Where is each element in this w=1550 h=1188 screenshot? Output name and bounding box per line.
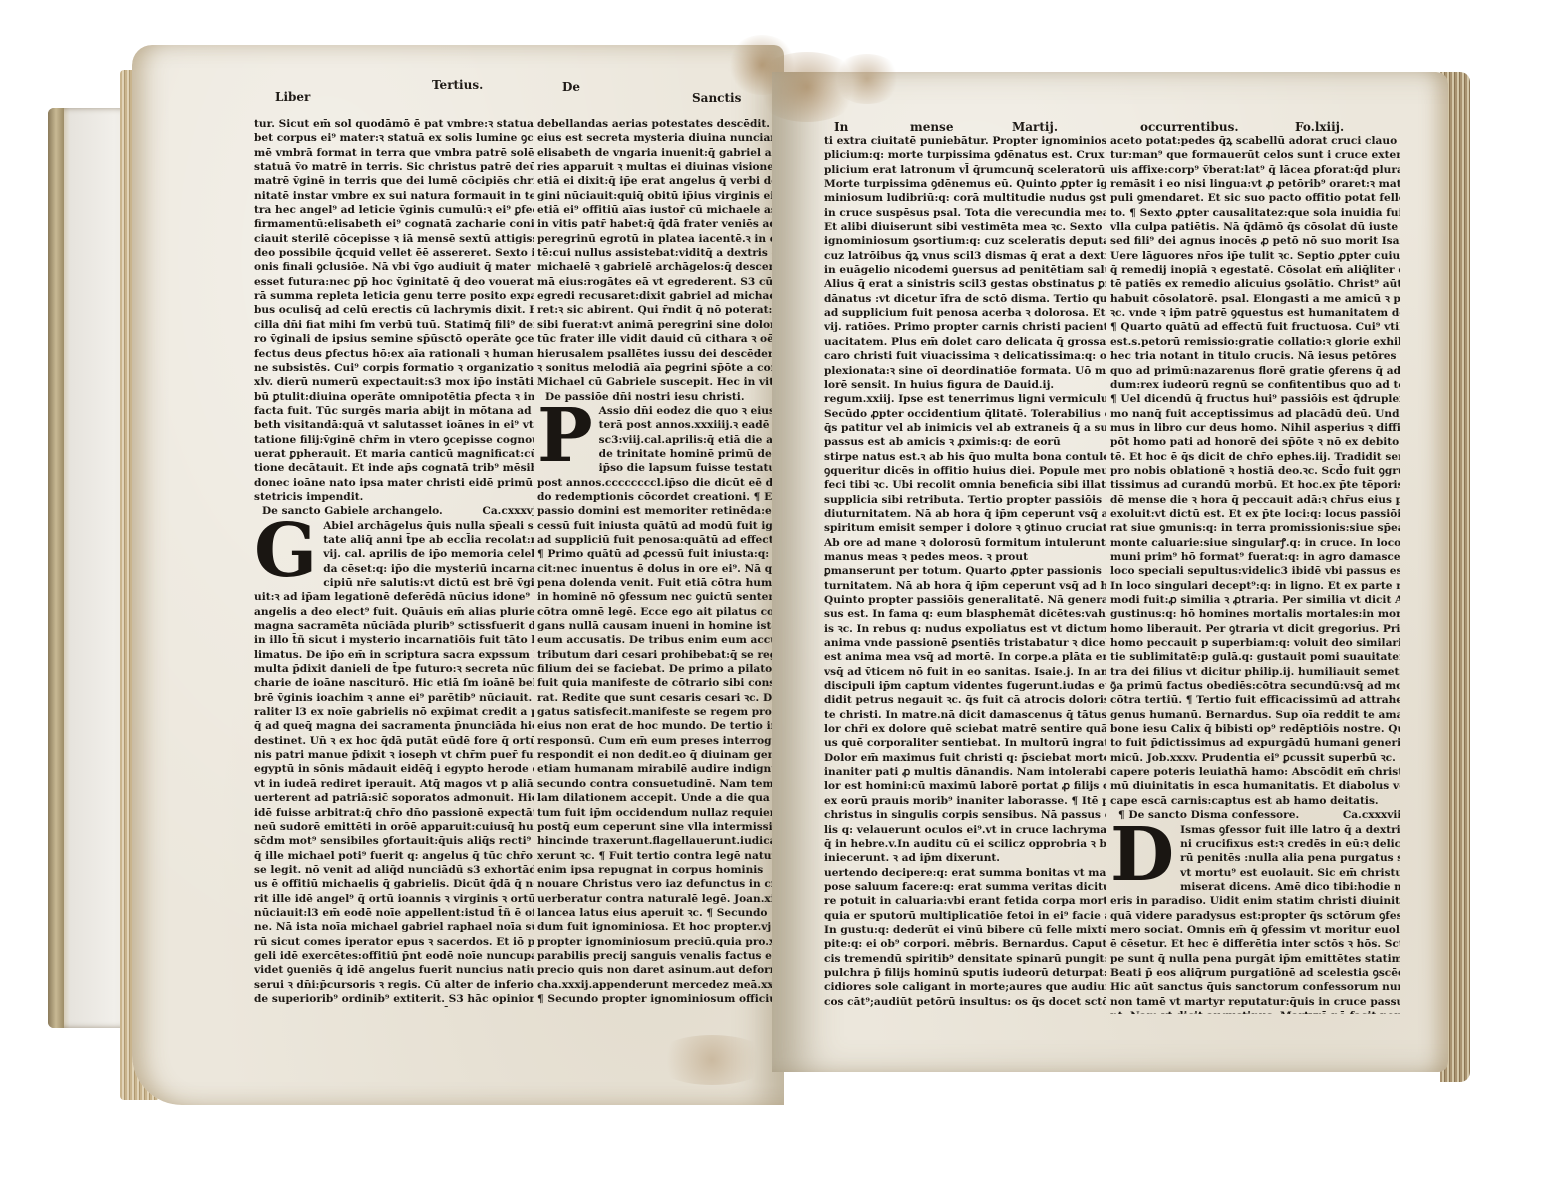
text-line: destinet. Un̄ ꝛ ex hoc q̄dā putāt eūdē f… xyxy=(254,734,534,748)
text-line: te christi. In matre.nā dicit damascenus… xyxy=(824,708,1106,722)
text-line: ꝯ̄a primū factus obediēs:cōtra secundū:v… xyxy=(1110,679,1400,693)
text-line: loco speciali sepultus:videlic3 ibidē vb… xyxy=(1110,564,1400,578)
text-line: cos cāt⁹;audiūt petōrū insultus: os q̄s … xyxy=(824,995,1106,1009)
text-line: puli ꝯmendaret. Et sic suo pacto offitio… xyxy=(1110,191,1400,205)
running-head-occurrentibus: occurrentibus. xyxy=(1140,120,1239,134)
text-line: fuit quia manifeste de cōtrario sibi con… xyxy=(537,676,782,690)
text-line: videt ꝯueniēs q̄ idē angelus fuerit nunc… xyxy=(254,963,534,977)
text-line: rā summa repleta leticia genu terre posi… xyxy=(254,289,534,303)
text-line: dē mense die ꝛ hora q̄ peccauit adā:ꝛ ch… xyxy=(1110,493,1400,507)
text-line: eum accusatis. De tribus enim eum accusa… xyxy=(537,633,782,647)
text-line: egredi recusaret:dixit gabriel ad michae… xyxy=(537,289,782,303)
text-line: manus meas ꝛ pedes meos. ꝛ prout xyxy=(824,550,1106,564)
text-line: pite:q: ei ob⁹ corpori. mēbris. Bernardu… xyxy=(824,937,1106,951)
text-line: lor est homini:cū maximū laborē portat ꝓ… xyxy=(824,779,1106,793)
text-line: gini nūciauit:quiq̄ obitū ip̄ius virgini… xyxy=(537,189,782,203)
text-line: pōt homo pati ad honorē dei sp̄ōte ꝛ nō … xyxy=(1110,435,1400,449)
text-line: limatus. De ip̄o em̄ in scriptura sacra … xyxy=(254,648,534,662)
text-line: spiritum emisit semper i dolore ꝛ ꝯtinuo… xyxy=(824,521,1106,535)
text-line: egyptū in sōnis mādauit eidēq̄ i egypto … xyxy=(254,762,534,776)
text-line: re potuit in caluaria:vbi erant fetida c… xyxy=(824,894,1106,908)
text-line: q̄ ad queq̄ magna dei sacramenta p̄nunci… xyxy=(254,719,534,733)
left-page: Liber Tertius. De Sanctis tur. Sicut em̄… xyxy=(132,45,784,1105)
text-line: mā eius:rogātes eā vt egrederent. S3 cū … xyxy=(537,275,782,289)
text-line: mū diuinitatis in esca humanitatis. Et d… xyxy=(1110,779,1400,793)
drop-cap-G: G xyxy=(254,521,317,582)
text-line: tē. Et hoc ē q̄s dicit de chr̄o ephes.ii… xyxy=(1110,450,1400,464)
text-line: Michael cū Gabriele suscepit. Hec in vit… xyxy=(537,375,782,389)
text-line: ¶ Primo quātū ad ꝓcessū fuit iniusta:q: … xyxy=(537,547,782,561)
text-line: ¶ Secundo propter ignominiosum officium xyxy=(537,992,782,1006)
text-line: serui ꝛ dn̄i:p̄cursoris ꝛ regis. Cū alte… xyxy=(254,978,534,992)
text-line: mo nanq̄ fuit acceptissimus ad placādū d… xyxy=(1110,407,1400,421)
folio-number: Fo.lxiij. xyxy=(1295,120,1344,134)
text-line: habuit cōsolatorē. psal. Elongasti a me … xyxy=(1110,292,1400,306)
text-line: fectus deus ꝑfectus hō:ex aīa rationali … xyxy=(254,347,534,361)
text-line: supplicia sibi retributa. Tertio propter… xyxy=(824,493,1106,507)
drop-cap-P: P xyxy=(537,406,593,467)
text-line: Dolor em̄ maximus fuit christi q: p̄scie… xyxy=(824,751,1106,765)
text-line: q̄ ille michael poti⁹ fuerit q: angelus … xyxy=(254,849,534,863)
text-line: to fuit p̄dictissimus ad expurgādū human… xyxy=(1110,736,1400,750)
text-line: q̄ in hebre.v.In auditu cū ei scilicz op… xyxy=(824,837,1106,851)
chapter-heading: De passiōe dn̄i nostri iesu christi. Ca.… xyxy=(537,390,782,404)
text-line: tūc frater ille vidit dauid cū cithara ꝛ… xyxy=(537,332,782,346)
text-line: ti extra ciuitatē puniebātur. Propter ig… xyxy=(824,134,1106,148)
text-line: pose saluum facere:q: erat summa veritas… xyxy=(824,880,1106,894)
text-line: ne subsistēs. Cui⁹ corpis formatio ꝛ org… xyxy=(254,361,534,375)
text-line: stetricis impendit. xyxy=(254,490,534,504)
text-line: ad supplicium fuit penosa acerba ꝛ dolor… xyxy=(824,306,1106,320)
text-line: se legit. nō venit ad aliq̄d nunciādū s3… xyxy=(254,863,534,877)
text-line: passio domini est memoriter retinēda:eo … xyxy=(537,504,782,518)
text-line: uerterent ad patriā:sic̄ soporatos admon… xyxy=(254,791,534,805)
text-line: is ꝛc. In rebus q: nudus expoliatus est … xyxy=(824,622,1106,636)
text-line: feci tibi ꝛc. Ubi recolit omnia benefici… xyxy=(824,478,1106,492)
text-line: dum fuit ignominiosa. Et hoc propter.vj.… xyxy=(537,920,782,934)
foxing-stain xyxy=(652,1035,772,1085)
text-line: nis patri manue p̄dixit ꝛ ioseph vt chr̄… xyxy=(254,748,534,762)
text-line: lorē sensit. In huius figura de Dauid.ij… xyxy=(824,378,1106,392)
text-line: exoluit:vt dictū est. Et ex p̄te loci:q:… xyxy=(1110,507,1400,521)
text-line: ries apparuit ꝛ multas ei diuinas vision… xyxy=(537,160,782,174)
text-line: multa p̄dixit danieli de t̄pe futuro:ꝛ s… xyxy=(254,662,534,676)
running-head-tertius: Tertius. xyxy=(432,78,483,92)
text-line: filium dei se faciebat. De primo a pilat… xyxy=(537,662,782,676)
text-line: nt. Nam vt dicit augustinus. Martyrē nō … xyxy=(1110,1009,1400,1014)
text-line: ꝛ sonitus melodiā aīa ꝑegrini sp̄ōte a c… xyxy=(537,361,782,375)
text-line: to. ¶ Sexto ꝓpter causalitatez:que sola … xyxy=(1110,206,1400,220)
text-line: quo ad primū:nazarenus florē gratie ꝯfer… xyxy=(1110,364,1400,378)
running-head-liber: Liber xyxy=(275,90,310,104)
text-line: tissimus ad curandū morbū. Et hoc.ex p̄t… xyxy=(1110,478,1400,492)
running-head-in: In xyxy=(834,120,848,134)
text-line: tē:cui nullus assistebat:viditq̄ a dextr… xyxy=(537,246,782,260)
right-page-column-1: ti extra ciuitatē puniebātur. Propter ig… xyxy=(824,134,1106,1014)
text-line: gustinus:q: hō homines mortalis mortales… xyxy=(1110,607,1400,621)
text-line: cōtra omnē legē. Ecce ego ait pilatus co… xyxy=(537,605,782,619)
text-line: cilla dn̄i fiat mihi ſm verbū tuū. Stati… xyxy=(254,318,534,332)
text-line: homo peccauit p superbiam:q: voluit deo … xyxy=(1110,636,1400,650)
text-line: Uere lāguores nr̄os ip̄e tulit ꝛc. Septi… xyxy=(1110,249,1400,263)
text-line: us ē offitiū michaelis q̄̄ gabrielis. Di… xyxy=(254,877,534,891)
text-line: In gustu:q: dederūt ei vinū bibere cū fe… xyxy=(824,923,1106,937)
text-line: q̄s patitur vel ab inimicis vel ab extra… xyxy=(824,421,1106,435)
text-line: tione decātauit. Et inde ap̄s cognatā tr… xyxy=(254,461,534,475)
text-line: gatus satisfecit.manifeste se regem prob… xyxy=(537,705,782,719)
text-line: debellandas aerias potestates descēdit. … xyxy=(537,117,782,131)
text-line: dum:rex iudeorū regnū se confitentibus q… xyxy=(1110,378,1400,392)
board-edge xyxy=(48,108,64,1028)
text-line: ¶ Quarto quātū ad effectū fuit fructuosa… xyxy=(1110,320,1400,334)
text-line: quia er sputorū multiplicatiōe fetoi in … xyxy=(824,909,1106,923)
text-line: xlv. dierū numerū expectauit:s3 mox ip̄o… xyxy=(254,375,534,389)
text-line: bone iesu Calix q̄ bibisti op⁹ redēptiōi… xyxy=(1110,722,1400,736)
text-line: uerberatur contra naturalē legē. Joan.xi… xyxy=(537,892,782,906)
text-line: secundo contra consuetudinē. Nam tempori… xyxy=(537,777,782,791)
text-line: rat siue ꝯmunis:q: in terra promissionis… xyxy=(1110,521,1400,535)
text-line: in illo t̄ñ sicut i mysterio incarnatiōi… xyxy=(254,633,534,647)
text-line: do redemptionis cōcordet creationi. ¶ Et… xyxy=(537,490,782,504)
text-line: lor chr̄i ex dolore quē sciebat matrē se… xyxy=(824,722,1106,736)
text-line: ad suppliciū fuit penosa:quātū ad effect… xyxy=(537,533,782,547)
text-line: plexionata:ꝛ sine oī deordinatiōe format… xyxy=(824,364,1106,378)
running-head-martij: Martij. xyxy=(1012,120,1058,134)
text-line: in cruce suspēsus psal. Tota die verecun… xyxy=(824,206,1106,220)
text-line: mē vmbrā format in terra que vmbra patrē… xyxy=(254,146,534,160)
text-line: etiā ei⁹ offitiū aīas iustor̄ cū michael… xyxy=(537,203,782,217)
text-line: didit petrus negauit ꝛc. q̄s fuit cā atr… xyxy=(824,693,1106,707)
text-line: cuz latrōibus q̄ꝝ vnus scil3 dismas q̄ e… xyxy=(824,249,1106,263)
text-line: Beati p̄ eos aliq̄rum purgatiōnē ad scel… xyxy=(1110,966,1400,980)
text-line: us quē corporaliter sentiebat. In multor… xyxy=(824,736,1106,750)
text-line: Hic aūt sanctus q̄uis sanctorum confesso… xyxy=(1110,980,1400,994)
text-line: etiā ei dixit:q̄ ip̄e erat angelus q̄ ve… xyxy=(537,174,782,188)
text-line: tatione filij:v̄ginē chr̄m in vtero ꝯcep… xyxy=(254,433,534,447)
text-line: enim ipsa repugnat in corpus hominis xyxy=(537,863,782,877)
text-line: ꝑmanserunt per totum. Quarto ꝓpter passi… xyxy=(824,564,1106,578)
text-line: xerunt ꝛc. ¶ Fuit tertio contra legē nat… xyxy=(537,849,782,863)
text-line: lis q: velauerunt oculos ei⁹.vt in cruce… xyxy=(824,823,1106,837)
text-line: propter ignominiosum preciū.quia pro.xxx… xyxy=(537,935,782,949)
text-line: turnitatem. Nā ab hora q̄ ip̄m ceperunt … xyxy=(824,579,1106,593)
chapter-heading: De sancto Gabiele archangelo. Ca.cxxxvj. xyxy=(254,504,534,518)
text-line: cha.xxxij.appenderunt mercedez meā.xxx.a… xyxy=(537,978,782,992)
text-line: sibi fuerat:vt animā peregrini sine dolo… xyxy=(537,318,782,332)
text-line: tributum dari cesari prohibebat:q̄ se re… xyxy=(537,648,782,662)
text-line: vlla culpa patiētis. Nā q̄dāmō q̄s cōsol… xyxy=(1110,220,1400,234)
text-line: in euāgelio nicodemi ꝯuersus ad penitēti… xyxy=(824,263,1106,277)
text-line: lancea latus eius aperuit ꝛc. ¶ Secundo xyxy=(537,906,782,920)
text-line: monte caluarie:siue singularꝭ.q: in cruc… xyxy=(1110,536,1400,550)
text-line: tum fuit ip̄m occidendum nullaz requiem … xyxy=(537,806,782,820)
text-line: est anima mea vsq̄ ad mortē. In corpe.a … xyxy=(824,650,1106,664)
text-line: inaniter pati ꝓ multis dānandis. Nam int… xyxy=(824,765,1106,779)
text-line: bet corpus ei⁹ mater:ꝛ statuā ex solis l… xyxy=(254,131,534,145)
text-line: nūciauit:l3 em̄ eodē noīe appellent:istu… xyxy=(254,906,534,920)
text-line: eris in paradiso. Uidit enim statim chri… xyxy=(1110,894,1400,908)
text-line: micū. Job.xxxv. Prudentia ei⁹ ꝑcussit su… xyxy=(1110,751,1400,765)
text-line: caro christi fuit viuacissima ꝛ delicati… xyxy=(824,349,1106,363)
text-line: uit:ꝛ ad ip̄am legationē deferēdā nūcius… xyxy=(254,590,534,604)
text-line: michaelē ꝛ gabrielē archāgelos:q̄ descen… xyxy=(537,260,782,274)
running-head-de: De xyxy=(562,80,580,94)
text-line: cessū fuit iniusta quātū ad modū fuit ig… xyxy=(537,519,782,533)
text-line: facta fuit. Tūc surgēs maria abijt in mō… xyxy=(254,404,534,418)
text-line: hierusalem psallētes iussu dei descēdere… xyxy=(537,347,782,361)
text-line: sc̄dm mot⁹ sensibiles ꝯfortauit:q̄uis al… xyxy=(254,834,534,848)
text-line: pulchra p̄ filijs hominū sputis iudeorū … xyxy=(824,966,1106,980)
text-line: In loco singulari decept⁹:q: in ligno. E… xyxy=(1110,579,1400,593)
text-line: lam dilationem accepit. Unde a die qua i… xyxy=(537,791,782,805)
text-line: esset futura:nec ꝑp̄ hoc v̄ginitatē q̄̄ … xyxy=(254,275,534,289)
text-line: capere poteris leuiathā hamo: Abscōdit e… xyxy=(1110,765,1400,779)
text-line: dānatus :vt dicetur īfra de sctō disma. … xyxy=(824,292,1106,306)
text-line: christus in singulis corpis sensibus. Nā… xyxy=(824,808,1106,822)
text-line: ro v̄ginali de ipsius semine sp̄ūsctō op… xyxy=(254,332,534,346)
text-line: raliter l3 ex noīe gabrielis nō exp̄imat… xyxy=(254,705,534,719)
text-line: ne. Nā ista noīa michael gabriel raphael… xyxy=(254,920,534,934)
text-line: muni prim⁹ hō format⁹ fuerat:q: in agro … xyxy=(1110,550,1400,564)
text-line: Alius q̄ erat a sinistris scil3 gestas o… xyxy=(824,277,1106,291)
text-line: plicium erat latronum vl̄ q̄rumcunq̄ sce… xyxy=(824,163,1106,177)
text-line: hincinde traxerunt.flagellauerunt.iudica… xyxy=(537,834,782,848)
text-line: ciauit sterilē cōcepisse ꝛ iā mensē sext… xyxy=(254,232,534,246)
text-line: uis affixe:corp⁹ v̄berat:lat⁹ q̄ lācea ꝑ… xyxy=(1110,163,1400,177)
text-line: etiam humanam mirabilē audire indignus f… xyxy=(537,762,782,776)
text-line: ¶ Uel dicendū q̄ fructus hui⁹ passiōis e… xyxy=(1110,392,1400,406)
text-line: tur:man⁹ que formauerūt celos sunt i cru… xyxy=(1110,148,1400,162)
text-line: nouare Christus vero iaz defunctus in cr… xyxy=(537,877,782,891)
text-line: regum.xxiij. Ipse est tenerrimus ligni v… xyxy=(824,392,1106,406)
text-line: anima vnde passionē ꝑsentiēs tristabatur… xyxy=(824,636,1106,650)
text-line: uerat ꝑpherauit. Et maria canticū magnif… xyxy=(254,447,534,461)
text-line: sus est. In fama q: eum blasphemāt dicēt… xyxy=(824,607,1106,621)
text-line: pa reprobat in sermōē asserēs gl̄iam bap… xyxy=(254,1006,534,1007)
text-line: cōtra tertiū. ¶ Tertio fuit efficacissim… xyxy=(1110,693,1400,707)
text-line: Morte turpissima ꝯdēnemus eū. Quinto ꝓpt… xyxy=(824,177,1106,191)
text-line: tra hec angel⁹ ad leticie v̄ginis cumulū… xyxy=(254,203,534,217)
text-line: vsq̄ ad v̄ticem nō fuit in eo sanitas. I… xyxy=(824,665,1106,679)
text-line: statuā v̄o matrē in terris. Sic christus… xyxy=(254,160,534,174)
text-line: rit ille idē angel⁹ q̄ ortū ioannis ꝛ vi… xyxy=(254,892,534,906)
text-line: Et alibi diuiserunt sibi vestimēta mea ꝛ… xyxy=(824,220,1106,234)
text-line: aceto potat:pedes q̄ꝝ scabellū adorat cr… xyxy=(1110,134,1400,148)
text-line: cit:nec inuentus ē dolus in ore ei⁹. Nā … xyxy=(537,562,782,576)
text-line: miniosum ludibriū:q: corā multitudie nud… xyxy=(824,191,1106,205)
text-line: est.s.petorū remissio:gratie collatio:ꝛ … xyxy=(1110,335,1400,349)
text-line: uacitatem. Plus em̄ dolet caro delicata … xyxy=(824,335,1106,349)
text-line: sed fili⁹ dei agnus inocēs ꝓ petō nō suo… xyxy=(1110,234,1400,248)
text-line: non tamē vt martyr reputatur:q̄uis in cr… xyxy=(1110,995,1400,1009)
text-line: angelis a deo elect⁹ fuit. Quāuis em̄ al… xyxy=(254,605,534,619)
left-page-column-1: tur. Sicut em̄ sol quodāmō ē pat vmbre:ꝛ… xyxy=(254,117,534,1007)
text-line: magna sacramēta nūciāda plurib⁹ sctissfu… xyxy=(254,619,534,633)
text-line: modi fuit:ꝓ similia ꝛ ꝓtraria. Per simil… xyxy=(1110,593,1400,607)
text-line: pro nobis oblationē ꝛ hostiā deo.ꝛc. Scd… xyxy=(1110,464,1400,478)
text-line: in vitis patr̄ habet:q̄ q̄dā frater veni… xyxy=(537,217,782,231)
text-line: Quinto propter passiōis generalitatē. Nā… xyxy=(824,593,1106,607)
text-line: ꝛc. vnde ꝛ ip̄m patrē ꝯquestus est human… xyxy=(1110,306,1400,320)
text-line: tē patiēs ex remedio alicuius ꝯsolātio. … xyxy=(1110,277,1400,291)
text-line: ex eorū prauis morib⁹ inaniter laborasse… xyxy=(824,794,1106,808)
text-line: pena dolenda venit. Fuit etiā cōtra huma… xyxy=(537,576,782,590)
text-line: onis finali ꝯclusiōe. Nā vbi v̄go audiui… xyxy=(254,260,534,274)
right-page-column-2: aceto potat:pedes q̄ꝝ scabellū adorat cr… xyxy=(1110,134,1400,1014)
text-line: beth visitandā:quā vt salutasset ioānes … xyxy=(254,418,534,432)
text-line: vij. ratiōes. Primo propter carnis chris… xyxy=(824,320,1106,334)
text-line: donec ioāne nato ipsa mater christi eidē… xyxy=(254,476,534,490)
chapter-heading: ¶ De sancto Disma confessore. Ca.cxxxvii… xyxy=(1110,808,1400,822)
text-line: in hominē nō ꝯfessum nec ꝯuictū sententi… xyxy=(537,590,782,604)
text-line: q̄ remedij inopiā ꝛ egestatē. Cōsolat em… xyxy=(1110,263,1400,277)
left-page-column-2: debellandas aerias potestates descēdit. … xyxy=(537,117,782,1007)
text-line: genus humanū. Bernardus. Sup oīa reddit … xyxy=(1110,708,1400,722)
text-line: rū sicut comes iperator epus ꝛ sacerdos.… xyxy=(254,935,534,949)
text-line: eius est secreta mysteria diuina nunciar… xyxy=(537,131,782,145)
text-line: deo possibile q̄cquid vellet ēē asserere… xyxy=(254,246,534,260)
text-line: mero sociat. Omnis em̄ q̄ ꝯfessim vt mor… xyxy=(1110,923,1400,937)
text-line: neū sudorē emittēti in orōē apparuit:cui… xyxy=(254,820,534,834)
text-line: vt in iudeā rediret iperauit. Atq̄ magos… xyxy=(254,777,534,791)
text-line: Ab ore ad mane ꝛ dolorosū formitum intul… xyxy=(824,536,1106,550)
text-line: charie de ioāne nasciturō. Hic etiā ſm i… xyxy=(254,676,534,690)
text-line: nitatē instar vmbre ex sui natura formau… xyxy=(254,189,534,203)
text-line: geli idē exercētes:offitiū p̄nt eodē noī… xyxy=(254,949,534,963)
water-stain xyxy=(832,54,902,104)
text-line: rat. Redite que sunt cesaris cesari ꝛc. … xyxy=(537,691,782,705)
text-line: precio quis non daret asinum.aut deforme… xyxy=(537,963,782,977)
text-line: ꝯqueritur dicēs in offitio huius diei. P… xyxy=(824,464,1106,478)
text-line: pe sunt q̄ nulla pena purgāt ip̄m emittē… xyxy=(1110,952,1400,966)
text-line: bū ꝑtulit:diuina operāte omnipotētia ꝑfe… xyxy=(254,390,534,404)
text-line: cis tremendū spiritib⁹ densitate spinarū… xyxy=(824,952,1106,966)
text-line: cape escā carnis:captus est ab hamo deit… xyxy=(1110,794,1400,808)
text-line: parabilis precij sanguis venalis factus … xyxy=(537,949,782,963)
text-line: respondit ei non dedit.eo q̄ diuinam gen… xyxy=(537,748,782,762)
text-line: iniecerunt. ꝛ ad ip̄m dixerunt. xyxy=(824,851,1106,865)
text-line: discipuli ip̄m captum videntes fugerunt.… xyxy=(824,679,1106,693)
text-line: postq̄ eum ceperunt sine vlla intermissi… xyxy=(537,820,782,834)
text-line: Secūdo ꝓpter occidentium q̄litatē. Toler… xyxy=(824,407,1106,421)
running-head-mense: mense xyxy=(910,120,953,134)
text-line: plicium:q: morte turpissima ꝯdēnatus est… xyxy=(824,148,1106,162)
text-line: idē fuisse arbitrat:q̄ chr̄o dn̄o passio… xyxy=(254,806,534,820)
text-line: ē cēsetur. Et hec ē differētia inter sct… xyxy=(1110,937,1400,951)
text-line: homo liberauit. Per ꝯtraria vt dicit gre… xyxy=(1110,622,1400,636)
text-line: quā videre paradysus est:propter q̄s sct… xyxy=(1110,909,1400,923)
text-line: bus oculisq̄ ad celū erectis cū lachrymi… xyxy=(254,303,534,317)
text-line: diuturnitatem. Nā ab hora q̄ ip̄m ceperu… xyxy=(824,507,1106,521)
text-line: supplicium suum portare compellitur.quod xyxy=(537,1006,782,1007)
text-line: eius non erat de hoc mundo. De tertio in… xyxy=(537,719,782,733)
text-line: stirpe natus est.ꝛ ab his q̄uo multa bon… xyxy=(824,450,1106,464)
running-head-sanctis: Sanctis xyxy=(692,91,741,105)
text-line: brē v̄ginis ioachim ꝛ anne ei⁹ parētib⁹ … xyxy=(254,691,534,705)
text-line: cidiores sole caligant in morte;aures qu… xyxy=(824,980,1106,994)
text-line: passus est ab amicis ꝛ ꝓximis:q: de eorū xyxy=(824,435,1106,449)
right-page: In mense Martij. occurrentibus. Fo.lxiij… xyxy=(772,72,1448,1072)
text-line: tie sublimitatē:p gulā.q: gustauit pomi … xyxy=(1110,650,1400,664)
drop-cap-D: D xyxy=(1110,825,1174,886)
text-line: peregrinū egrotū in platea iacentē.ꝛ in … xyxy=(537,232,782,246)
text-line: tra dei filius vt dicitur philip.ij. hum… xyxy=(1110,665,1400,679)
text-line: elisabeth de vngaria inuenit:q̄ gabriel … xyxy=(537,146,782,160)
text-line: firmamentū:elisabeth ei⁹ cognatā zachari… xyxy=(254,217,534,231)
text-line: ret:ꝛ sic abirent. Qui r̄ndit q̄ nō pote… xyxy=(537,303,782,317)
text-line: remāsit i eo nisi lingua:vt ꝓ petōrib⁹ o… xyxy=(1110,177,1400,191)
text-line: tur. Sicut em̄ sol quodāmō ē pat vmbre:ꝛ… xyxy=(254,117,534,131)
text-line: gans nullā causam inueni in homine isto:… xyxy=(537,619,782,633)
text-line: mus in libro cur deus homo. Nihil asperi… xyxy=(1110,421,1400,435)
text-line: responsū. Cum em̄ eum preses interrogass… xyxy=(537,734,782,748)
text-line: de superiorib⁹ ordinib⁹ extiterit. S3 hā… xyxy=(254,992,534,1006)
text-line: uertendo decipere:q: erat summa bonitas … xyxy=(824,866,1106,880)
text-line: matrē v̄ginē in terris que dei lumē cōci… xyxy=(254,174,534,188)
text-line: post annos.ccccccccl.ip̄so die dicūt eē … xyxy=(537,476,782,490)
text-line: hec tria notant in titulo crucis. Nā ies… xyxy=(1110,349,1400,363)
text-line: ignominiosum ꝯsortium:q: cuz sceleratis … xyxy=(824,234,1106,248)
